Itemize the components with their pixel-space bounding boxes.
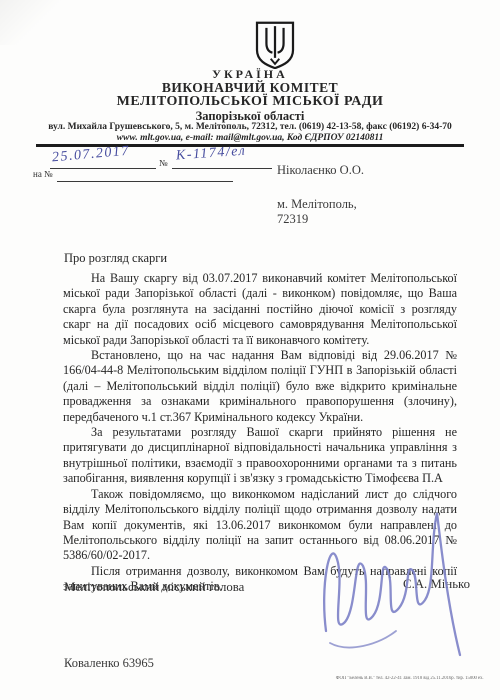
body-paragraph: На Вашу скаргу від 03.07.2017 виконавчий… [63, 271, 457, 348]
number-blank-line [172, 167, 272, 169]
letter-body: На Вашу скаргу від 03.07.2017 виконавчий… [63, 271, 457, 595]
reply-to-number-label: на № [33, 169, 53, 179]
letterhead-address: вул. Михайла Грушевського, 5, м. Мелітоп… [0, 122, 500, 132]
scanned-letter-page: УКРАЇНА ВИКОНАВЧИЙ КОМІТЕТ МЕЛІТОПОЛЬСЬК… [0, 0, 500, 700]
handwritten-outgoing-number: К-1174/ел [176, 144, 247, 165]
body-paragraph: За результатами розгляду Вашої скарги пр… [63, 425, 457, 487]
reply-number-blank-line [57, 180, 233, 182]
print-shop-note: ФОП "Белень В.В." тел. 42-22-41 Зам. 191… [336, 676, 484, 681]
ukraine-trident-emblem-icon [253, 21, 297, 69]
signer-title: Мелітопольський міський голова [64, 580, 244, 595]
letterhead-org-line2: МЕЛІТОПОЛЬСЬКОЇ МІСЬКОЇ РАДИ [0, 94, 500, 110]
recipient-zip: 72319 [277, 212, 364, 227]
number-symbol: № [159, 158, 168, 168]
letterhead-contacts: www. mlt.gov.ua, e-mail: mail@mlt.gov.ua… [0, 133, 500, 143]
body-paragraph: Встановлено, що на час надання Вам відпо… [63, 348, 457, 425]
body-paragraph: Також повідомляємо, що виконкомом надісл… [63, 487, 457, 564]
date-blank-line [50, 167, 156, 169]
recipient-city: м. Мелітополь, [277, 197, 364, 212]
recipient-name: Ніколаєнко О.О. [277, 163, 364, 178]
scan-corner-artifact [0, 0, 70, 45]
handwritten-date: 25.07.2017 [51, 144, 130, 167]
recipient-block: Ніколаєнко О.О. м. Мелітополь, 72319 [277, 163, 364, 227]
signer-name: С.А. Мінько [403, 577, 470, 592]
executor-note: Коваленко 63965 [64, 656, 154, 671]
letter-subject: Про розгляд скарги [64, 251, 167, 266]
